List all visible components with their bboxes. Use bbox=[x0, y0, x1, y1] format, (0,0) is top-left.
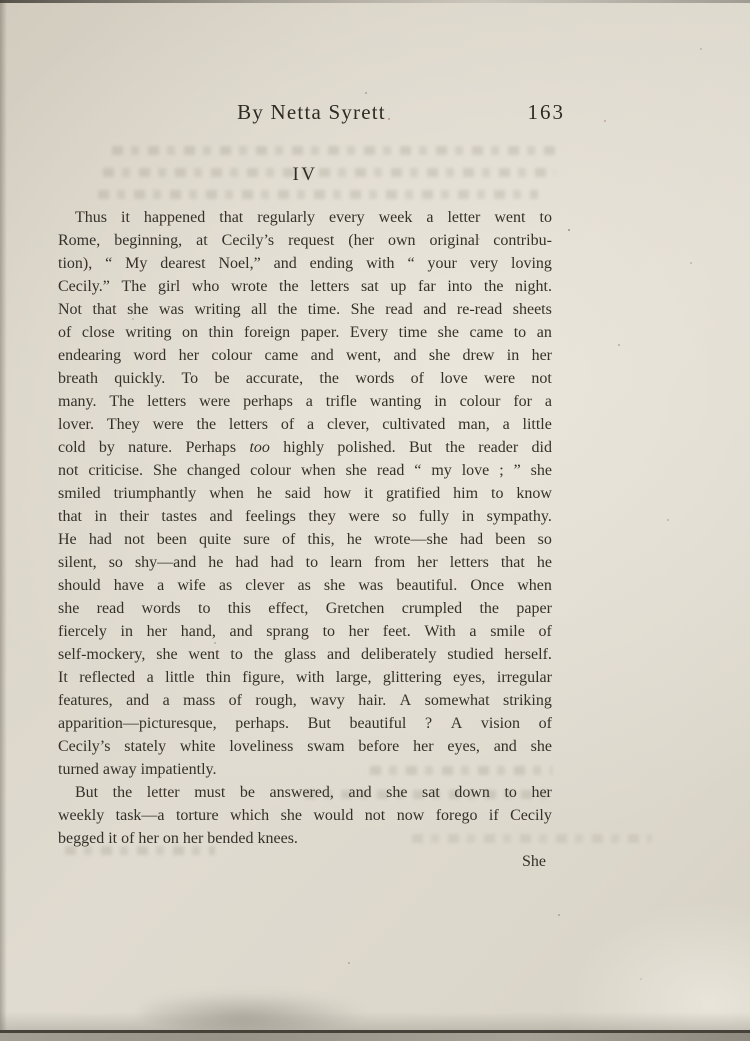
text-line: shereadwordstothiseffect,Gretchencrumple… bbox=[58, 597, 552, 620]
text-line: notcriticise.Shechangedcolourwhensheread… bbox=[58, 459, 552, 482]
chapter-heading: IV bbox=[58, 164, 552, 186]
text-line: coldbynature.Perhapstoohighlypolished.Bu… bbox=[58, 436, 552, 459]
text-line: Cecily’sstatelywhitelovelinessswambefore… bbox=[58, 735, 552, 758]
text-line: endearingwordhercolourcameandwent,andshe… bbox=[58, 344, 552, 367]
text-line: turned away impatiently. bbox=[58, 758, 552, 781]
text-line: many.Theletterswereperhapsatriflewanting… bbox=[58, 390, 552, 413]
text-line: shouldhaveawifeascleverasshewasbeautiful… bbox=[58, 574, 552, 597]
catchword: She bbox=[58, 850, 552, 873]
text-line: begged it of her on her bended knees. bbox=[58, 827, 552, 850]
running-head-title: By Netta Syrett bbox=[58, 100, 565, 125]
text-line: tion),“MydearestNoel,”andendingwith“your… bbox=[58, 252, 552, 275]
text-line: features,andamassofrough,wavyhair.Asomew… bbox=[58, 689, 552, 712]
text-line: Rome,beginning,atCecily’srequest(herowno… bbox=[58, 229, 552, 252]
page-number: 163 bbox=[528, 100, 566, 125]
text-line: breathquickly.Tobeaccurate,thewordsoflov… bbox=[58, 367, 552, 390]
scan-bottom-strip bbox=[0, 1033, 750, 1041]
scan-left-edge bbox=[0, 0, 7, 1041]
text-line: self-mockery,shewenttotheglassanddeliber… bbox=[58, 643, 552, 666]
text-line: Butthelettermustbeanswered,andshesatdown… bbox=[58, 781, 552, 804]
text-line: Thusithappenedthatregularlyeveryweekalet… bbox=[58, 206, 552, 229]
text-line: apparition—picturesque,perhaps.Butbeauti… bbox=[58, 712, 552, 735]
text-line: ofclosewritingonthinforeignpaper.Everyti… bbox=[58, 321, 552, 344]
show-through-band bbox=[98, 190, 538, 199]
scan-light-wedge bbox=[560, 900, 750, 1030]
text-line: thatintheirtastesandfeelingstheyweresofu… bbox=[58, 505, 552, 528]
text-line: Cecily.”Thegirlwhowrotetheletterssatupfa… bbox=[58, 275, 552, 298]
text-line: smiledtriumphantlywhenhesaidhowitgratifi… bbox=[58, 482, 552, 505]
text-line: fiercelyinherhand,andsprangtoherfeet.Wit… bbox=[58, 620, 552, 643]
scanned-book-page: By Netta Syrett 163 IV Thusithappenedtha… bbox=[0, 0, 750, 1041]
text-line: weeklytask—atorturewhichshewouldnotnowfo… bbox=[58, 804, 552, 827]
running-head: By Netta Syrett 163 bbox=[58, 100, 565, 126]
paragraph: Thusithappenedthatregularlyeveryweekalet… bbox=[58, 206, 552, 781]
text-line: lover.Theywerethelettersofaclever,cultiv… bbox=[58, 413, 552, 436]
scan-bottom-shadow bbox=[0, 1012, 750, 1031]
body-text: Thusithappenedthatregularlyeveryweekalet… bbox=[58, 206, 552, 873]
text-line: Notthatshewaswritingallthetime.Shereadan… bbox=[58, 298, 552, 321]
scan-top-edge bbox=[0, 0, 750, 3]
paragraph: Butthelettermustbeanswered,andshesatdown… bbox=[58, 781, 552, 850]
text-line: Hehadnotbeenquitesureofthis,hewrote—sheh… bbox=[58, 528, 552, 551]
text-line: silent,soshy—andhehadhadtolearnfromherle… bbox=[58, 551, 552, 574]
show-through-band bbox=[112, 146, 555, 155]
text-line: Itreflectedalittlethinfigure,withlarge,g… bbox=[58, 666, 552, 689]
